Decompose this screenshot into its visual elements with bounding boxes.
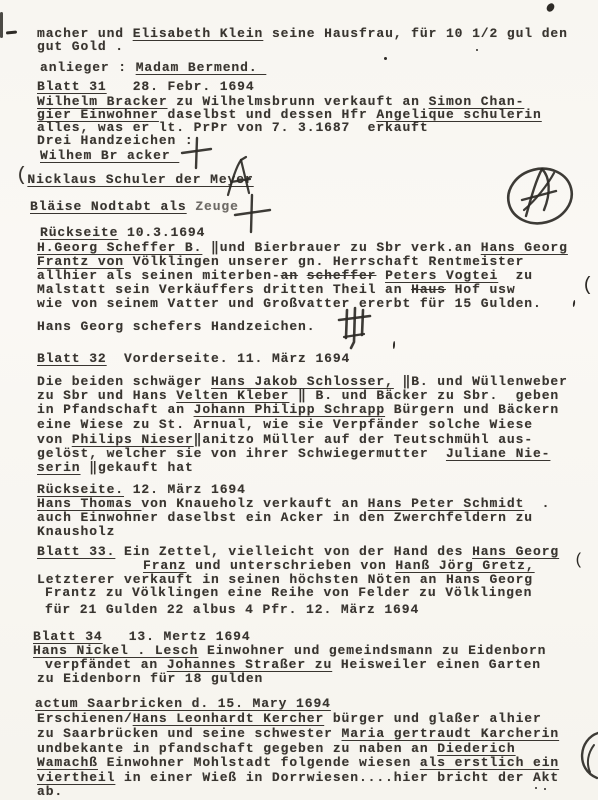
ink-speck [535, 787, 537, 789]
text-segment: ‖B. und Wüllenweber [394, 374, 568, 389]
text-segment: Blatt 32 [37, 351, 107, 366]
text-line: zu Saarbrücken und seine schwester Maria… [37, 727, 559, 740]
text-segment: zu Sbr und Hans [37, 388, 176, 403]
text-segment: ‖und Bierbrauer zu Sbr verk.an [202, 240, 480, 255]
text-segment: Elisabeth Klein [133, 26, 264, 41]
text-line: Blatt 33. Ein Zettel, vielleicht von der… [37, 545, 559, 558]
text-line: Hans Thomas von Knaueholz verkauft an Ha… [37, 497, 550, 510]
ink-speck [476, 49, 478, 51]
text-segment: in einer Wieß in Dorrwiesen....hier bric… [115, 770, 559, 785]
text-line: Wilhem Br acker [40, 149, 179, 162]
circled-monogram-icon [502, 160, 580, 236]
text-line: zu Sbr und Hans Velten Kleber ‖ B. und B… [37, 389, 559, 402]
text-segment [376, 268, 385, 283]
text-segment: Franz [143, 558, 187, 573]
handwritten-cross-bracker-icon [180, 135, 213, 171]
scanned-document-page: macher und Elisabeth Klein seine Hausfra… [0, 0, 598, 800]
text-segment: Hans Leonhardt Kercher [133, 711, 324, 726]
text-line: verpfändet an Johannes Straßer zu Heiswe… [45, 658, 541, 671]
text-line: wie von seinem Vatter und Großvatter ere… [37, 297, 542, 310]
text-segment: Einwohner Mohlstadt folgende wiesen [98, 755, 420, 770]
text-segment: Zeuge [187, 199, 239, 214]
text-segment: allhier als seinen miterben- [37, 268, 281, 283]
text-segment: wie von seinem Vatter und Großvatter ere… [37, 296, 542, 311]
text-line: Franz und unterschrieben von Hanß Jörg G… [143, 559, 535, 572]
text-segment: Völklingen unserer gn. Herrschaft Rentme… [124, 254, 524, 269]
text-segment: Frantz zu Völklingen eine Reihe von Feld… [45, 585, 532, 600]
ink-speck [573, 300, 576, 307]
text-segment: Hans Georg [481, 240, 568, 255]
handwritten-cross-nodtabt-icon [233, 190, 272, 235]
text-segment: von Knaueholz verkauft an [141, 496, 367, 511]
text-segment: serin [37, 460, 81, 475]
text-line: Malstatt sein Verkäuffers dritten Theil … [37, 283, 516, 296]
text-segment: Erschienen/ [37, 711, 133, 726]
text-segment: Hanß Jörg Gretz, [395, 558, 534, 573]
margin-parenthesis-icon: ( [574, 551, 584, 569]
text-segment: Hans Peter Schmidt [368, 496, 525, 511]
text-line: Hans Georg schefers Handzeichen. [37, 320, 315, 333]
text-segment: 13. Mertz 1694 [103, 629, 251, 644]
text-line: gut Gold . [37, 40, 124, 53]
text-line: Knausholz [37, 525, 115, 538]
text-segment: scheffer [307, 268, 377, 283]
text-line: Rückseite. 12. März 1694 [37, 483, 246, 496]
text-segment: zu Eidenborn für 18 gulden [37, 671, 263, 686]
text-line: serin ‖gekauft hat [37, 461, 194, 474]
text-segment: Nicklaus Schuler der Meyer [27, 172, 253, 187]
text-segment: ab. [37, 784, 63, 799]
ink-speck [6, 30, 17, 34]
text-line: Die beiden schwäger Hans Jakob Schlosser… [37, 375, 568, 388]
text-segment: ‖ B. und Bäcker zu Sbr. geben [289, 388, 559, 403]
text-segment: Drei Handzeichen : [37, 133, 194, 148]
text-segment: gelöst, welcher sie von ihrer Schwiegerm… [37, 446, 446, 461]
text-segment: actum Saarbricken d. 15. Mary 1694 [35, 696, 331, 711]
text-line: Wamachß Einwohner Mohlstadt folgende wie… [37, 756, 559, 769]
text-segment: . [524, 496, 550, 511]
text-line: auch Einwohner daselbst ein Acker in den… [37, 511, 533, 524]
text-segment: für 21 Gulden 22 albus 4 Pfr. 12. März 1… [45, 602, 419, 617]
text-segment: Bürgern und Bäckern [385, 402, 559, 417]
text-line: Blatt 34 13. Mertz 1694 [33, 630, 251, 643]
text-segment: an [281, 268, 298, 283]
text-line: actum Saarbricken d. 15. Mary 1694 [35, 697, 331, 710]
text-segment: Vorderseite. 11. März 1694 [107, 351, 351, 366]
text-line: undbekante in pfandschaft gegeben zu nab… [37, 742, 516, 755]
text-segment: Juliane Nie- [446, 446, 550, 461]
text-segment: Blatt 31 [37, 79, 107, 94]
text-segment: Johann Philipp Schrapp [194, 402, 385, 417]
text-segment: Hans Jakob Schlosser, [211, 374, 394, 389]
text-segment: H.Georg Scheffer B. [37, 240, 202, 255]
text-segment: Hans Georg schefers Handzeichen. [37, 319, 315, 334]
text-segment: Die beiden schwäger [37, 374, 211, 389]
text-segment: Blatt 33. [37, 544, 115, 559]
text-line: Hans Nickel . Lesch Einwohner und gemein… [33, 644, 546, 657]
text-segment: verpfändet an [45, 657, 167, 672]
text-line: Erschienen/Hans Leonhardt Kercher bürger… [37, 712, 542, 725]
text-line: für 21 Gulden 22 albus 4 Pfr. 12. März 1… [45, 603, 419, 616]
text-line: gelöst, welcher sie von ihrer Schwiegerm… [37, 447, 550, 460]
text-segment: undbekante in pfandschaft gegeben zu nab… [37, 741, 437, 756]
text-line: Frantz zu Völklingen eine Reihe von Feld… [45, 586, 532, 599]
text-segment [298, 268, 307, 283]
text-segment: eine Wiese zu St. Arnual, wie sie Verpfä… [37, 417, 533, 432]
ink-speck [0, 12, 3, 38]
text-line: in Pfandschaft an Johann Philipp Schrapp… [37, 403, 559, 416]
text-segment: 10.3.1694 [118, 225, 205, 240]
text-segment: anlieger : [40, 60, 136, 75]
text-segment: Diederich [437, 741, 515, 756]
text-segment: viertheil [37, 770, 115, 785]
text-line: eine Wiese zu St. Arnual, wie sie Verpfä… [37, 418, 533, 431]
text-line: (Nicklaus Schuler der Meyer [16, 172, 254, 186]
text-line: Bläise Nodtabt als Zeuge [30, 200, 239, 213]
text-segment: als erstlich ein [420, 755, 559, 770]
text-segment: Blatt 34 [33, 629, 103, 644]
text-line: viertheil in einer Wieß in Dorrwiesen...… [37, 771, 559, 784]
text-segment: Maria gertraudt Karcherin [342, 726, 560, 741]
text-segment: Frantz von [37, 254, 124, 269]
text-line: Blatt 31 28. Febr. 1694 [37, 80, 255, 93]
text-segment: von [37, 432, 72, 447]
text-segment: Ein Zettel, vielleicht von der Hand des [115, 544, 472, 559]
text-segment: Malstatt sein Verkäuffers dritten Theil … [37, 282, 411, 297]
text-segment: Hans Georg [472, 544, 559, 559]
text-segment: Peters Vogtei [385, 268, 498, 283]
text-line: Rückseite 10.3.1694 [40, 226, 205, 239]
text-segment: Rückseite. [37, 482, 124, 497]
text-segment: Einwohner und gemeindsmann zu Eidenborn [198, 643, 546, 658]
text-segment: Wamachß [37, 755, 98, 770]
text-line: Drei Handzeichen : [37, 134, 194, 147]
text-segment: bürger und glaßer alhier [324, 711, 542, 726]
text-segment: Hans Nickel . Lesch [33, 643, 198, 658]
text-line: von Philips Nieser‖anitzo Müller auf der… [37, 433, 533, 446]
text-segment: 28. Febr. 1694 [107, 79, 255, 94]
text-segment: seine Hausfrau, für 10 1/2 gul den [263, 26, 568, 41]
text-segment: ( [16, 164, 27, 186]
text-segment: Hans Thomas [37, 496, 141, 511]
text-line: Frantz von Völklingen unserer gn. Herrsc… [37, 255, 524, 268]
text-segment: Haus [411, 282, 446, 297]
text-segment: und unterschrieben von [187, 558, 396, 573]
margin-parenthesis-icon: ( [582, 274, 593, 296]
text-segment: Hof usw [446, 282, 516, 297]
text-segment: ‖gekauft hat [81, 460, 194, 475]
text-segment: gut Gold . [37, 39, 124, 54]
text-line: H.Georg Scheffer B. ‖und Bierbrauer zu S… [37, 241, 568, 254]
text-line: ab. [37, 785, 63, 798]
text-segment: Johannes Straßer zu [167, 657, 332, 672]
ink-speck [545, 2, 556, 13]
text-line: anlieger : Madam Bermend. [40, 61, 266, 74]
text-line: zu Eidenborn für 18 gulden [37, 672, 263, 685]
text-segment: Knausholz [37, 524, 115, 539]
ink-speck [384, 57, 387, 60]
text-segment: Velten Kleber [176, 388, 289, 403]
text-segment: Bläise Nodtabt als [30, 199, 187, 214]
text-segment: Heisweiler einen Garten [332, 657, 541, 672]
text-segment: zu Saarbrücken und seine schwester [37, 726, 342, 741]
text-segment: 12. März 1694 [124, 482, 246, 497]
ink-speck [393, 341, 396, 349]
text-segment: in Pfandschaft an [37, 402, 194, 417]
partial-circled-mark-icon [573, 731, 598, 781]
text-segment: Rückseite [40, 225, 118, 240]
text-line: allhier als seinen miterben-an scheffer … [37, 269, 533, 282]
text-line: Blatt 32 Vorderseite. 11. März 1694 [37, 352, 350, 365]
text-segment: auch Einwohner daselbst ein Acker in den… [37, 510, 533, 525]
text-segment: Wilhem Br acker [40, 148, 179, 163]
text-segment: Philips Nieser [72, 432, 194, 447]
text-segment: zu [498, 268, 533, 283]
hausmark-scheffer-icon [337, 303, 373, 351]
text-segment: Madam Bermend. [136, 60, 267, 75]
ink-speck [544, 788, 546, 790]
text-segment: ‖anitzo Müller auf der Teutschmühl aus- [194, 432, 533, 447]
